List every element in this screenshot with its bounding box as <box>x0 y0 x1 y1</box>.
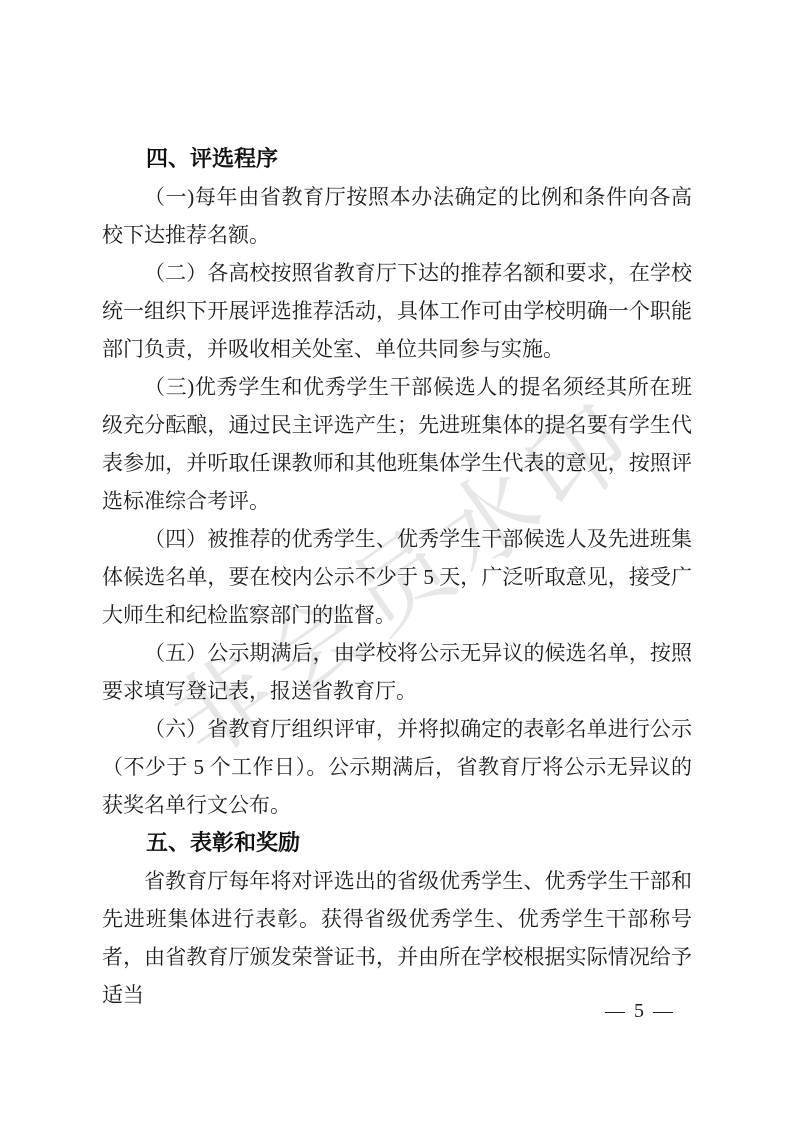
document-body: 四、评选程序 （一)每年由省教育厅按照本办法确定的比例和条件向各高校下达推荐名额… <box>102 140 692 1014</box>
page-number: — 5 — <box>605 1000 675 1023</box>
paragraph-item-2: （二）各高校按照省教育厅下达的推荐名额和要求，在学校统一组织下开展评选推荐活动，… <box>102 254 692 368</box>
paragraph-item-5: （五）公示期满后，由学校将公示无异议的候选名单，按照要求填写登记表，报送省教育厅… <box>102 634 692 710</box>
section-heading-evaluation-procedure: 四、评选程序 <box>102 140 692 178</box>
section-heading-commendation-reward: 五、表彰和奖励 <box>102 824 692 862</box>
document-page: 非会员水印 四、评选程序 （一)每年由省教育厅按照本办法确定的比例和条件向各高校… <box>0 0 793 1122</box>
paragraph-item-3: （三)优秀学生和优秀学生干部候选人的提名须经其所在班级充分酝酿，通过民主评选产生… <box>102 368 692 520</box>
paragraph-commendation: 省教育厅每年将对评选出的省级优秀学生、优秀学生干部和先进班集体进行表彰。获得省级… <box>102 862 692 1014</box>
paragraph-item-4: （四）被推荐的优秀学生、优秀学生干部候选人及先进班集体候选名单，要在校内公示不少… <box>102 520 692 634</box>
paragraph-item-6: （六）省教育厅组织评审，并将拟确定的表彰名单进行公示（不少于 5 个工作日）。公… <box>102 710 692 824</box>
paragraph-item-1: （一)每年由省教育厅按照本办法确定的比例和条件向各高校下达推荐名额。 <box>102 178 692 254</box>
